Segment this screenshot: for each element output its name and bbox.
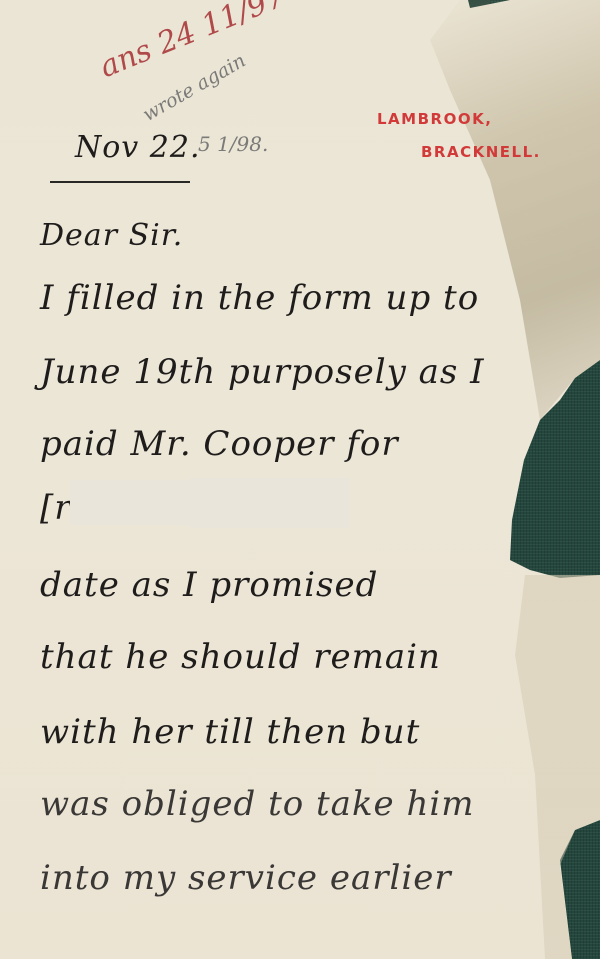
body-line-6: that he should remain — [40, 637, 441, 677]
body-line-3: paid Mr. Cooper for — [40, 424, 399, 464]
body-line-9: into my service earlier — [40, 858, 452, 898]
redacted-block-2 — [190, 478, 350, 528]
body-line-8: was obliged to take him — [40, 784, 475, 824]
letterhead-line-1: LAMBROOK, — [377, 110, 492, 128]
body-line-7: with her till then but — [40, 712, 420, 752]
pencil-date: 5 1/98. — [198, 132, 268, 156]
letterhead-line-2: BRACKNELL. — [421, 143, 541, 161]
body-line-1: I filled in the form up to — [40, 278, 479, 318]
letter-date: Nov 22. — [75, 130, 201, 165]
body-line-5: date as I promised — [40, 565, 378, 605]
redacted-block — [70, 480, 190, 525]
body-line-2: June 19th purposely as I — [40, 352, 485, 392]
salutation: Dear Sir. — [40, 218, 183, 253]
date-underline — [50, 181, 190, 183]
